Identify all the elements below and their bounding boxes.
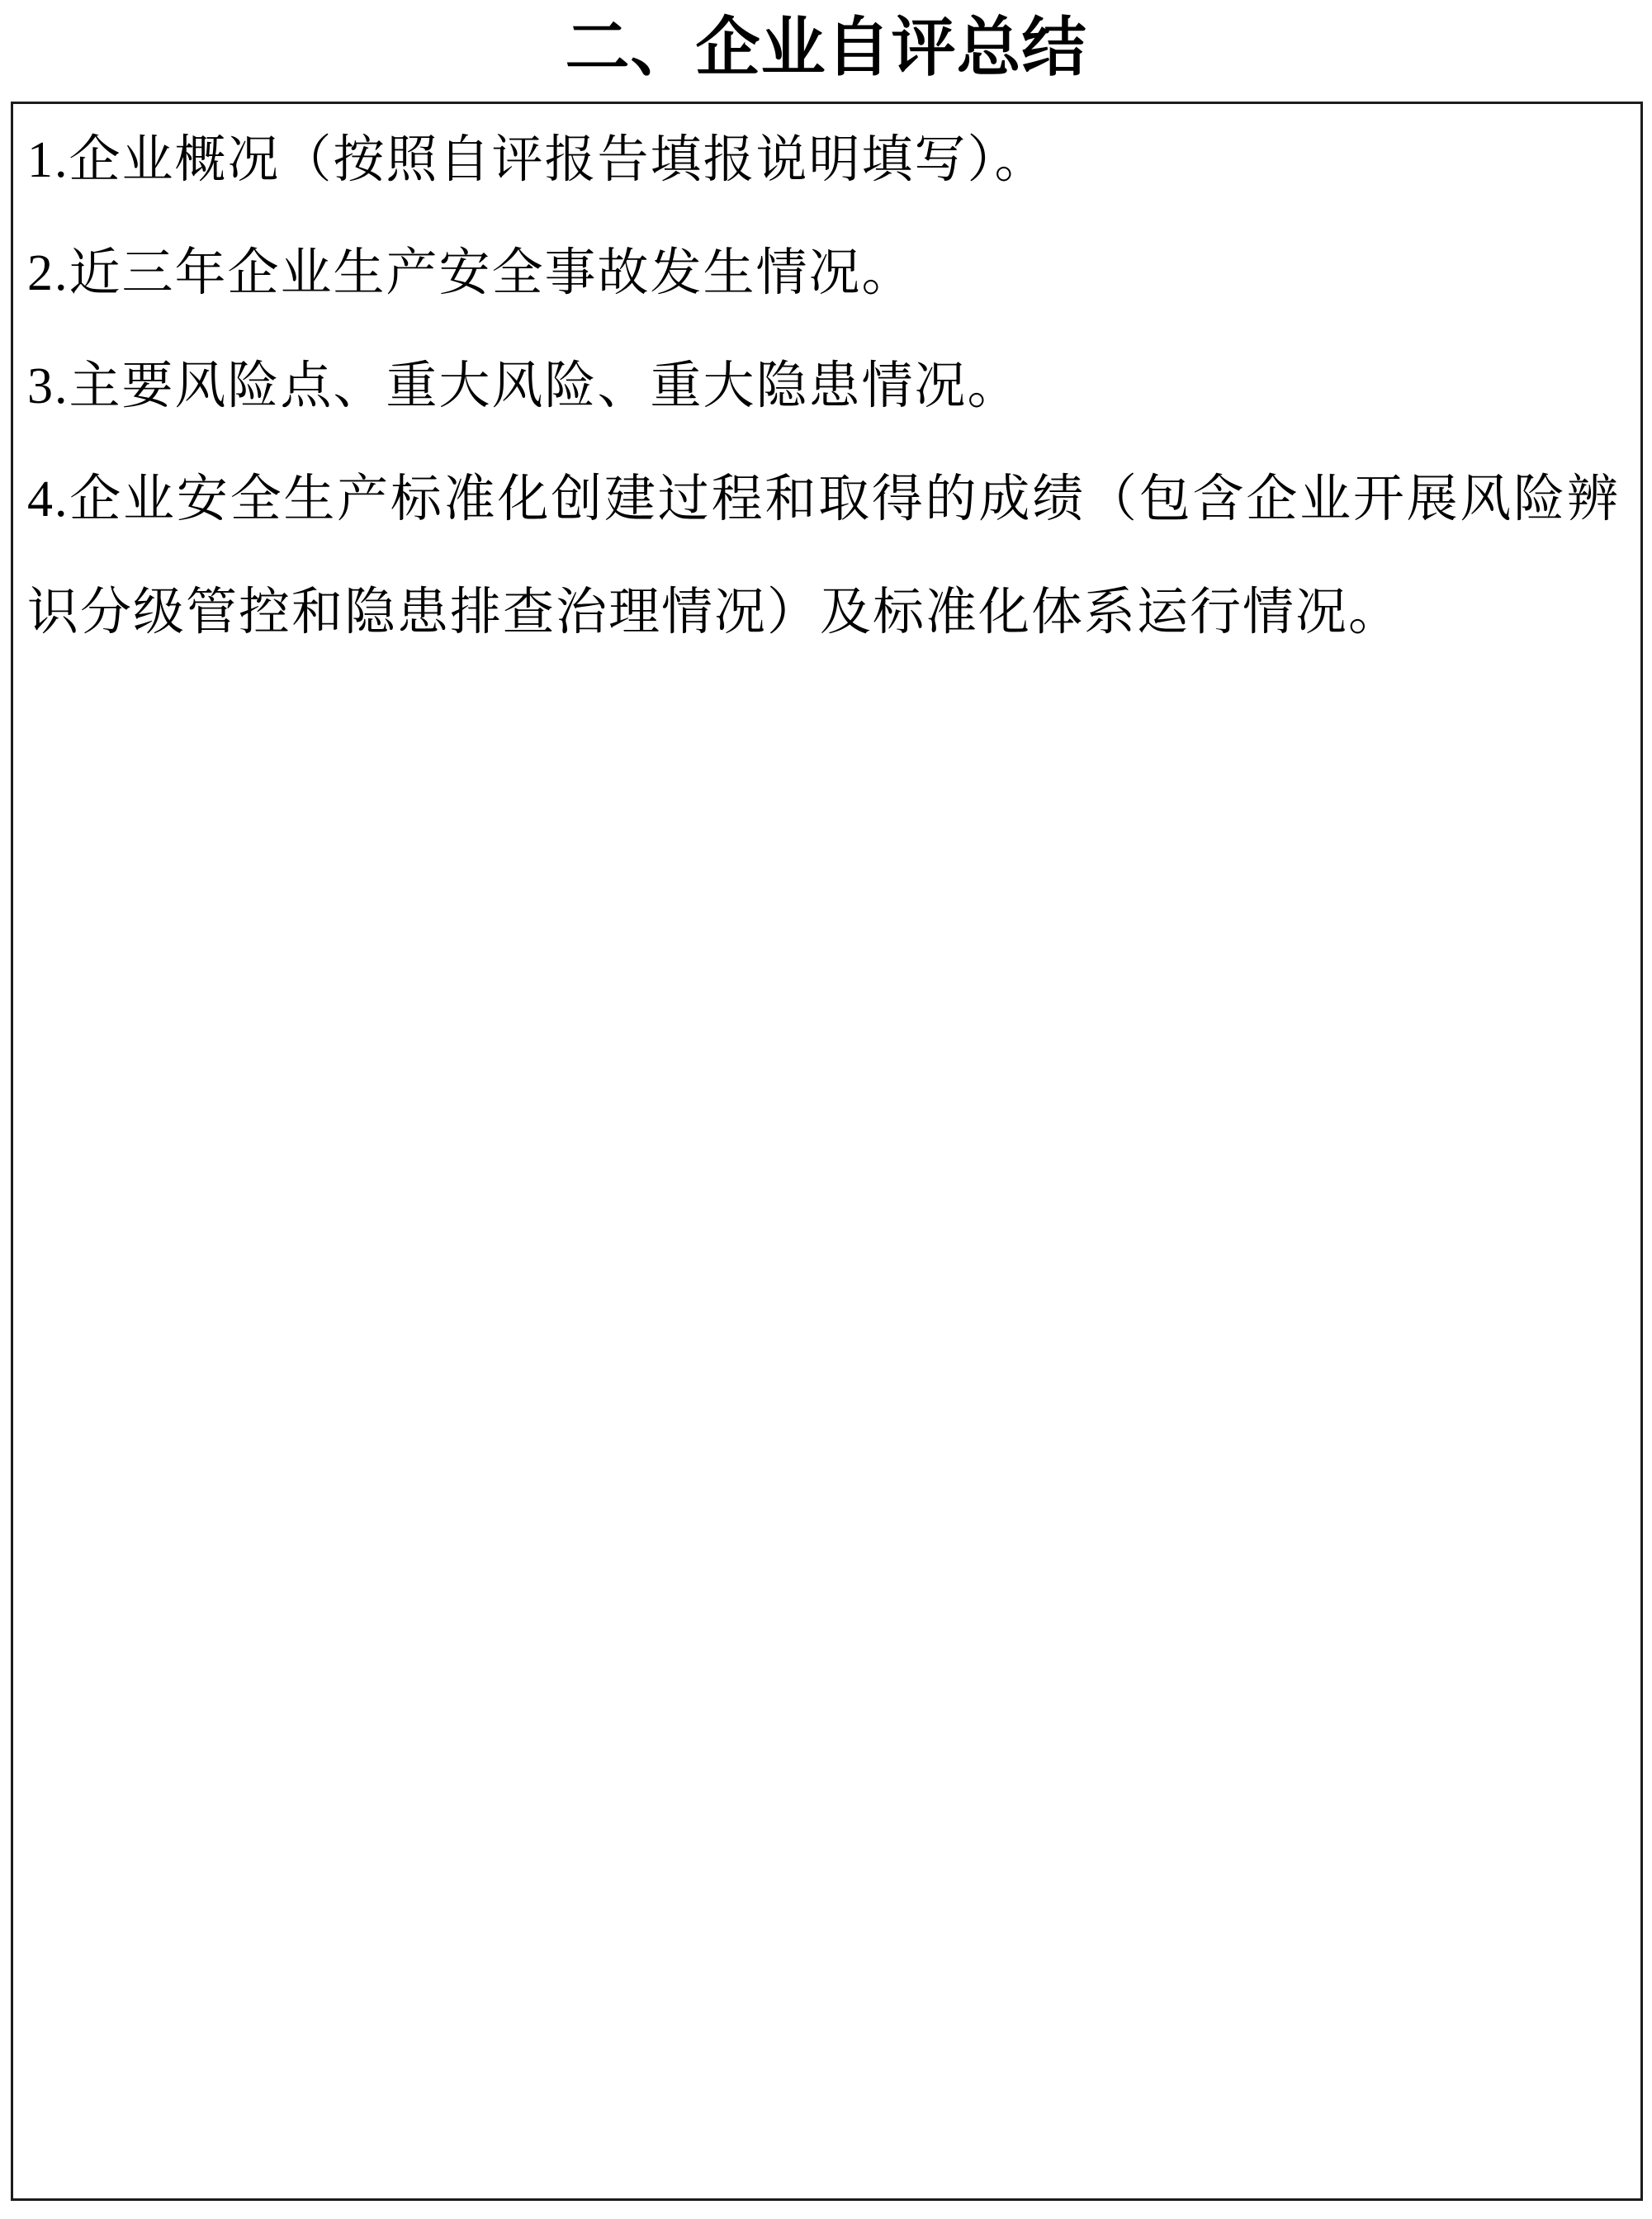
self-eval-item-2: 2.近三年企业生产安全事故发生情况。: [27, 217, 1620, 330]
self-eval-item-1: 1.企业概况（按照自评报告填报说明填写）。: [27, 104, 1620, 217]
self-eval-item-3: 3.主要风险点、重大风险、重大隐患情况。: [27, 330, 1620, 443]
content-box: 1.企业概况（按照自评报告填报说明填写）。 2.近三年企业生产安全事故发生情况。…: [11, 102, 1643, 2201]
self-eval-item-4: 4.企业安全生产标准化创建过程和取得的成绩（包含企业开展风险辨识分级管控和隐患排…: [27, 443, 1620, 669]
page-title: 二、企业自评总结: [0, 7, 1652, 89]
document-page: 二、企业自评总结 1.企业概况（按照自评报告填报说明填写）。 2.近三年企业生产…: [0, 0, 1652, 2219]
